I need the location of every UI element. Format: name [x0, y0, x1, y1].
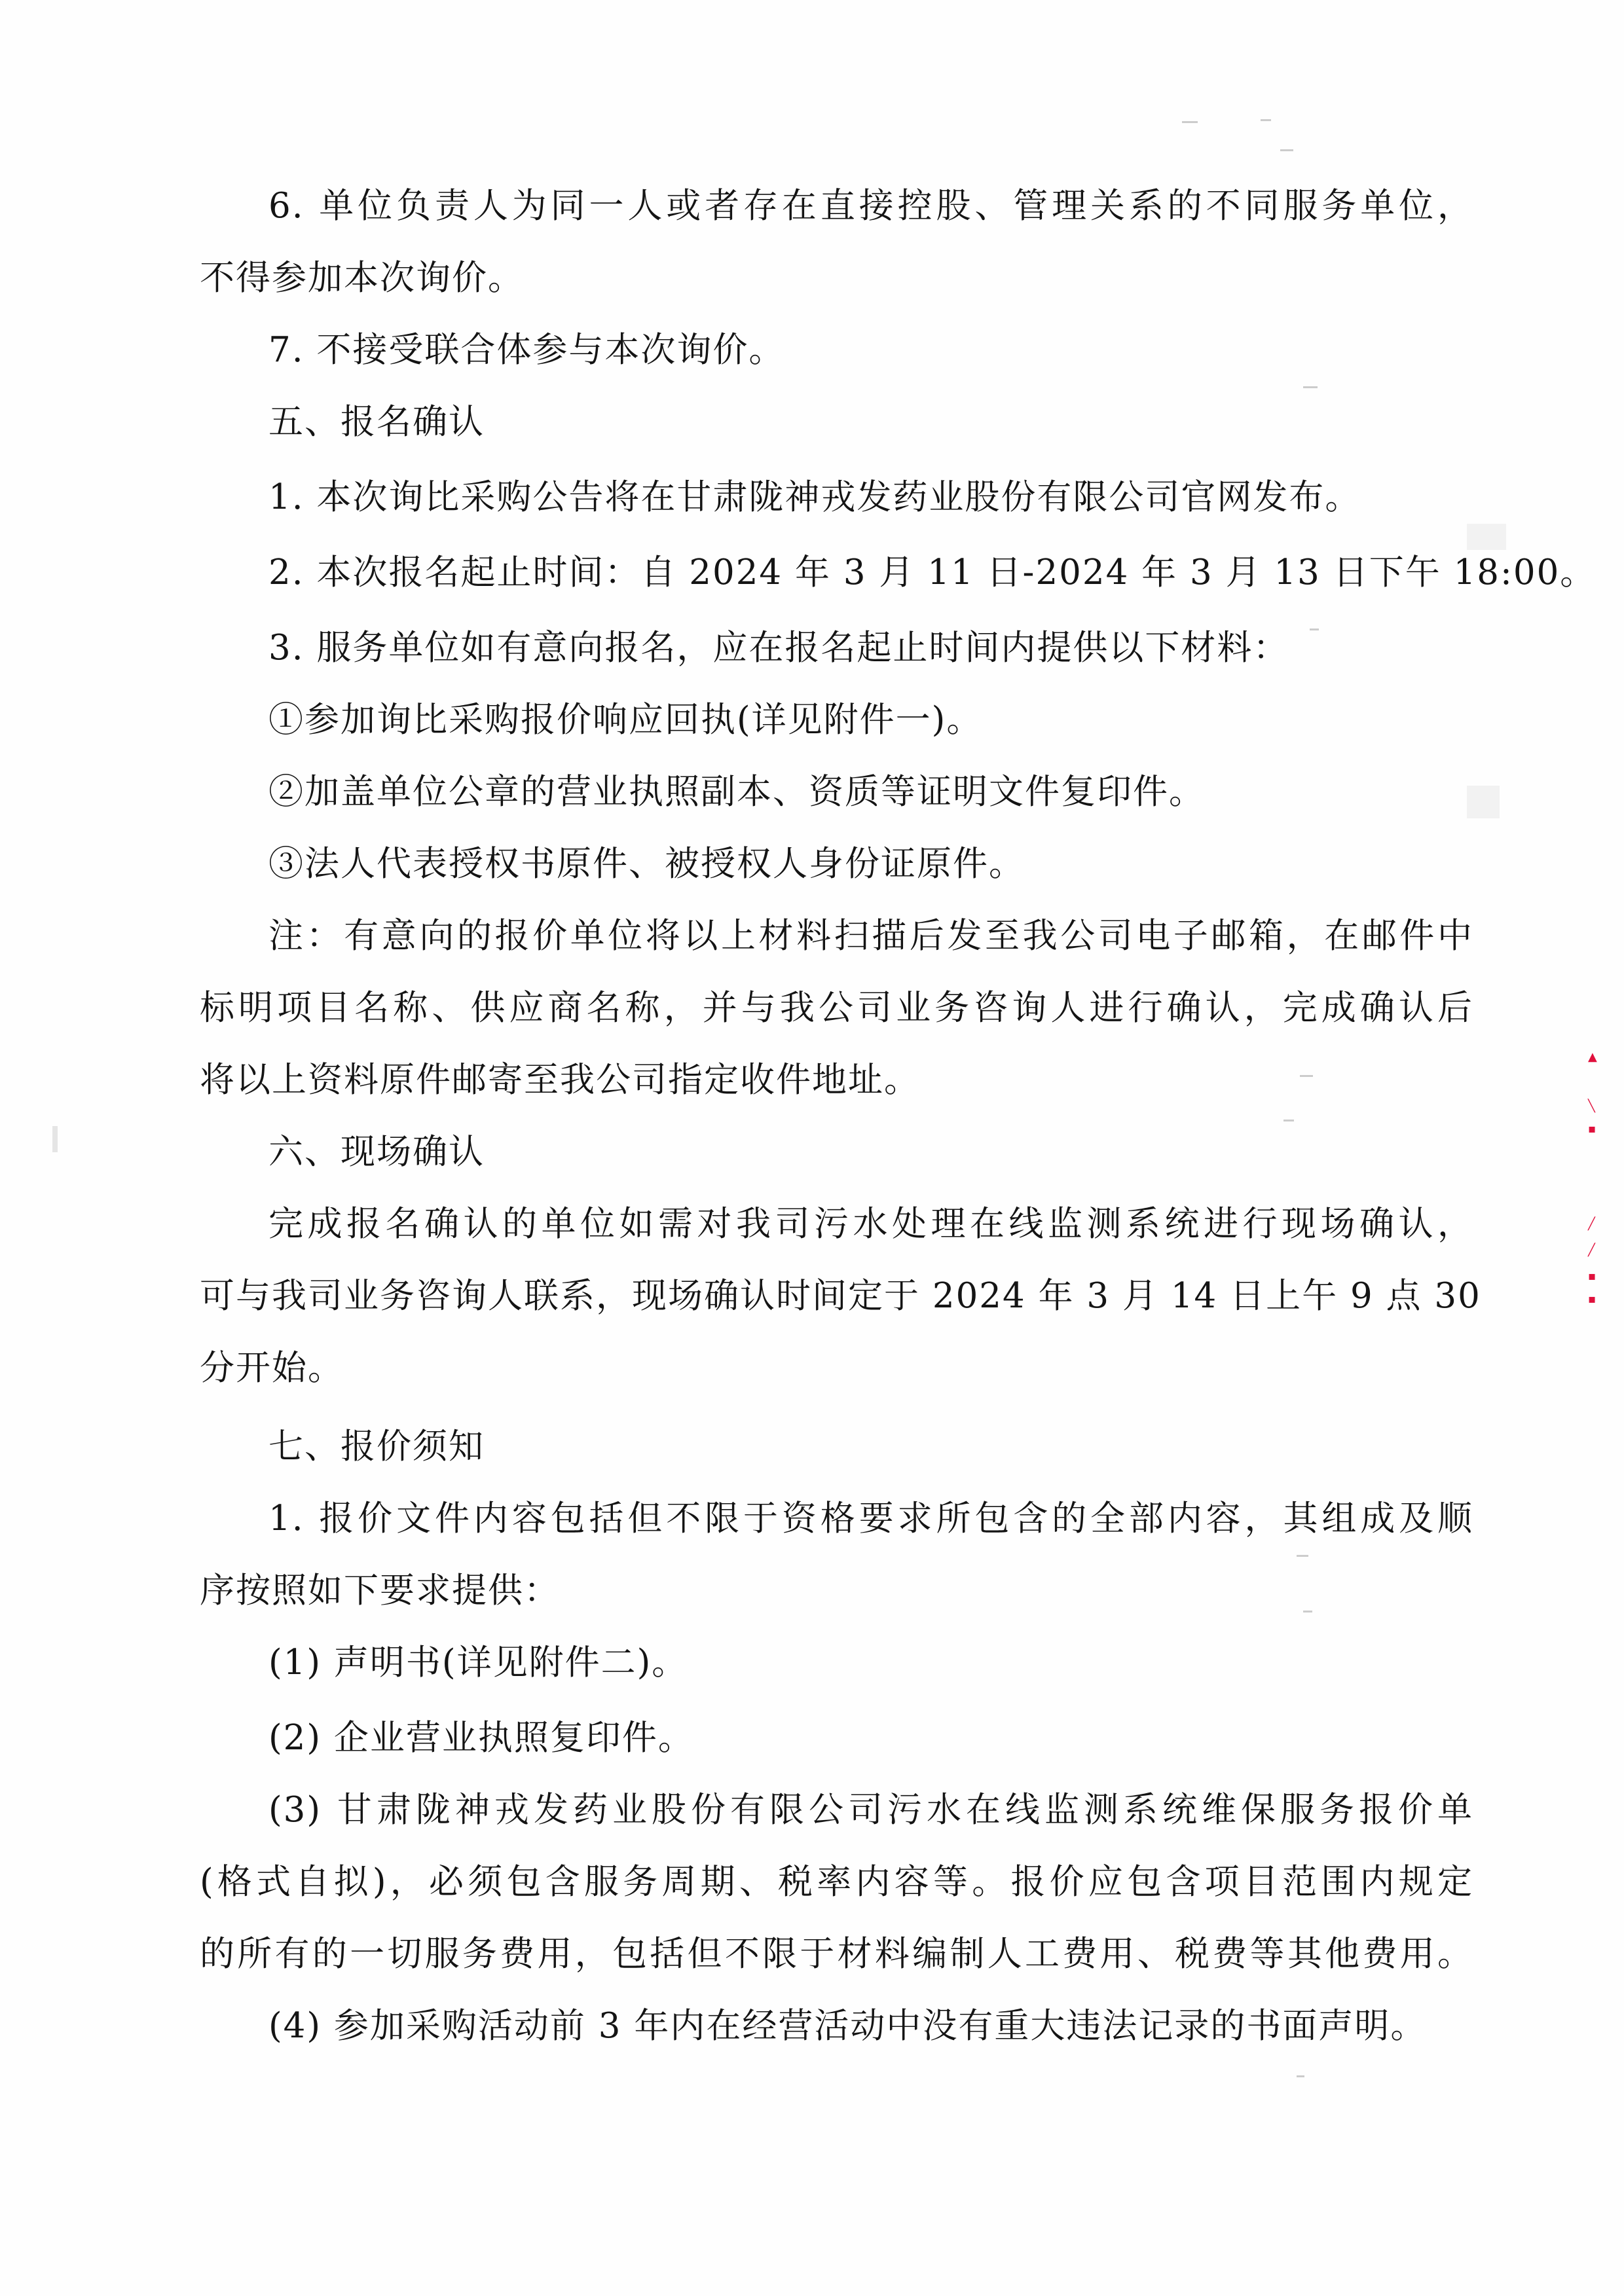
seal-edge-fragment: ▪ — [1588, 1123, 1596, 1136]
scan-artifact — [1297, 1555, 1308, 1557]
seal-edge-fragment: ▪ — [1588, 1293, 1596, 1306]
section-5-item-2: 2. 本次报名起止时间：自 2024 年 3 月 11 日-2024 年 3 月… — [268, 547, 1473, 599]
scanned-document-page: 6. 单位负责人为同一人或者存在直接控股、管理关系的不同服务单位， 不得参加本次… — [0, 0, 1624, 2296]
seal-edge-fragment: ▪ — [1588, 1270, 1596, 1283]
scan-artifact — [1467, 524, 1506, 550]
section-5-item-3-sub-3: ③法人代表授权书原件、被授权人身份证原件。 — [268, 838, 1473, 890]
section-7-sub-4: (4) 参加采购活动前 3 年内在经营活动中没有重大违法记录的书面声明。 — [268, 2000, 1473, 2052]
section-7-sub-3-line-1: (3) 甘肃陇神戎发药业股份有限公司污水在线监测系统维保服务报价单 — [268, 1784, 1473, 1836]
section-5-heading: 五、报名确认 — [268, 396, 1473, 448]
section-5-note-line-2: 标明项目名称、供应商名称，并与我公司业务咨询人进行确认，完成确认后 — [200, 982, 1473, 1034]
section-5-item-3-sub-2: ②加盖单位公章的营业执照副本、资质等证明文件复印件。 — [268, 766, 1473, 818]
scan-artifact — [1261, 119, 1271, 121]
scan-artifact — [1280, 149, 1293, 151]
paragraph-item-6-line-1: 6. 单位负责人为同一人或者存在直接控股、管理关系的不同服务单位， — [268, 180, 1473, 232]
section-6-body-line-1: 完成报名确认的单位如需对我司污水处理在线监测系统进行现场确认， — [268, 1198, 1473, 1250]
scan-artifact — [1283, 1120, 1294, 1121]
section-6-body-line-2: 可与我司业务咨询人联系，现场确认时间定于 2024 年 3 月 14 日上午 9… — [200, 1270, 1473, 1322]
section-7-sub-3-line-2: (格式自拟)，必须包含服务周期、税率内容等。报价应包含项目范围内规定 — [200, 1856, 1473, 1908]
section-7-sub-3-line-3: 的所有的一切服务费用，包括但不限于材料编制人工费用、税费等其他费用。 — [200, 1928, 1473, 1980]
section-5-note-line-3: 将以上资料原件邮寄至我公司指定收件地址。 — [200, 1054, 1473, 1106]
seal-edge-fragment: ╱ — [1588, 1218, 1596, 1231]
section-6-heading: 六、现场确认 — [268, 1126, 1473, 1178]
section-6-body-line-3: 分开始。 — [200, 1342, 1473, 1394]
section-7-sub-1: (1) 声明书(详见附件二)。 — [268, 1637, 1473, 1689]
section-7-heading: 七、报价须知 — [268, 1421, 1473, 1473]
seal-edge-fragment: ╱ — [1588, 1244, 1596, 1257]
section-5-note-line-1: 注：有意向的报价单位将以上材料扫描后发至我公司电子邮箱，在邮件中 — [268, 910, 1473, 962]
paragraph-item-6-line-2: 不得参加本次询价。 — [200, 252, 1473, 304]
scan-artifact — [52, 1126, 58, 1152]
seal-edge-fragment: ▲ — [1588, 1051, 1596, 1064]
scan-artifact — [1297, 2075, 1304, 2077]
section-7-sub-2: (2) 企业营业执照复印件。 — [268, 1712, 1473, 1764]
scan-artifact — [1303, 1611, 1312, 1613]
section-5-item-3: 3. 服务单位如有意向报名，应在报名起止时间内提供以下材料： — [268, 622, 1473, 674]
scan-artifact — [1303, 386, 1318, 388]
section-5-item-3-sub-1: ①参加询比采购报价响应回执(详见附件一)。 — [268, 694, 1473, 746]
seal-edge-fragment: ╲ — [1588, 1100, 1596, 1113]
scan-artifact — [1182, 121, 1198, 123]
section-7-item-1-line-1: 1. 报价文件内容包括但不限于资格要求所包含的全部内容，其组成及顺 — [268, 1493, 1473, 1545]
section-5-item-1: 1. 本次询比采购公告将在甘肃陇神戎发药业股份有限公司官网发布。 — [268, 471, 1473, 524]
scan-artifact — [1467, 786, 1500, 818]
section-7-item-1-line-2: 序按照如下要求提供： — [200, 1565, 1473, 1617]
paragraph-item-7: 7. 不接受联合体参与本次询价。 — [268, 324, 1473, 376]
scan-artifact — [1300, 1075, 1313, 1077]
scan-artifact — [1310, 629, 1319, 630]
